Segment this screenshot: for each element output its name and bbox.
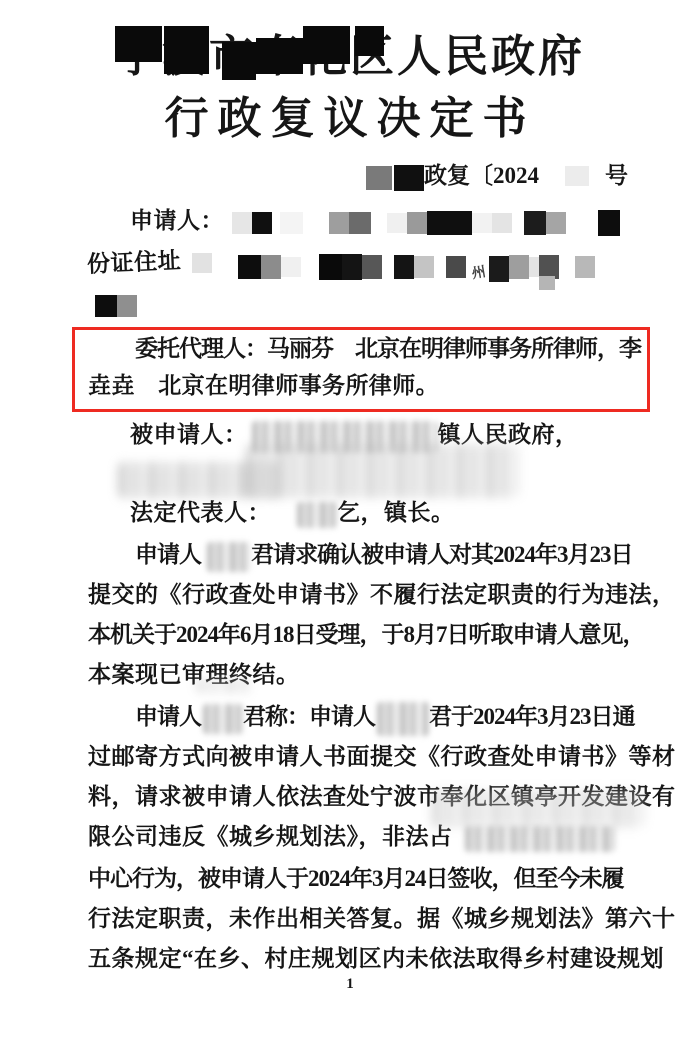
text-line: 行法定职责，未作出相关答复。据《城乡规划法》第六十 bbox=[88, 899, 646, 939]
text-run: 行政复议决定书 bbox=[165, 94, 536, 143]
redaction-block bbox=[355, 26, 384, 56]
redaction-block bbox=[489, 256, 509, 282]
redacted-character: 化 bbox=[303, 26, 350, 88]
redaction-block bbox=[115, 26, 162, 62]
redaction-block bbox=[238, 255, 261, 279]
redaction-block bbox=[598, 210, 620, 236]
redaction-block bbox=[117, 295, 137, 317]
text-run: 中心行为，被申请人于2024年3月24日签收，但至今未履 bbox=[88, 866, 624, 891]
text-run: 君请求确认被申请人对其2024年3月23日 bbox=[251, 542, 633, 567]
text-line: 本机关于2024年6月18日受理，于8月7日听取申请人意见， bbox=[88, 615, 646, 655]
redaction-blur bbox=[207, 542, 251, 572]
redacted-character: 市 bbox=[209, 26, 256, 88]
redaction-block bbox=[342, 254, 362, 280]
id-address-line: 份证住址州 bbox=[88, 244, 555, 286]
text-run: 限公司违反《城乡规划法》，非法占 bbox=[88, 824, 453, 849]
text-run: 乞，镇长。 bbox=[337, 500, 455, 525]
redaction-block bbox=[329, 212, 349, 234]
text-run: 过邮寄方式向被申请人书面提交《行政查处申请书》等材 bbox=[88, 744, 676, 769]
text-run: 五条规定“在乡、村庄规划区内未依法取得乡村建设规划 bbox=[88, 946, 664, 971]
text-line bbox=[95, 290, 137, 318]
document-page: 宁波市奉化区人民政府行政复议决定书 政复〔2024号 申请人： 份证住址州 委托… bbox=[0, 0, 700, 1045]
redaction-block bbox=[261, 255, 281, 279]
redaction-block bbox=[95, 295, 117, 317]
agent-highlight-box: 委托代理人：马丽芬 北京在明律师事务所律师，李垚垚 北京在明律师事务所律师。 bbox=[72, 327, 650, 412]
redaction-block bbox=[524, 211, 546, 235]
text-run: 君于2024年3月23日通 bbox=[429, 704, 635, 729]
redaction-block bbox=[349, 212, 371, 234]
text-run: 申请人 bbox=[135, 704, 201, 729]
redaction-block bbox=[366, 166, 392, 190]
text-run: 行法定职责，未作出相关答复。据《城乡规划法》第六十 bbox=[88, 906, 676, 931]
text-line: 政复〔2024号 bbox=[0, 156, 628, 196]
text-line: 申请人： bbox=[130, 200, 620, 242]
text-line: 中心行为，被申请人于2024年3月24日签收，但至今未履 bbox=[88, 859, 646, 899]
redaction-block bbox=[492, 213, 512, 233]
text-run: 份证住址 bbox=[86, 240, 182, 286]
legal-representative-line: 法定代表人：乞，镇长。 bbox=[130, 492, 455, 534]
applicant-line: 申请人： bbox=[130, 200, 620, 242]
text-run: 君称：申请人 bbox=[243, 704, 375, 729]
redaction-smudge bbox=[246, 444, 518, 498]
text-run: 委托代理人：马丽芬 北京在明律师事务所律师，李 bbox=[135, 336, 641, 361]
text-line: 宁波市奉化区人民政府 bbox=[0, 26, 700, 88]
text-run: 申请人： bbox=[130, 208, 224, 233]
redaction-block bbox=[387, 213, 407, 233]
paragraph-request: 申请人君请求确认被申请人对其2024年3月23日提交的《行政查处申请书》不履行法… bbox=[88, 535, 646, 695]
text-line: 五条规定“在乡、村庄规划区内未依法取得乡村建设规划 bbox=[88, 939, 646, 979]
text-line: 申请人君请求确认被申请人对其2024年3月23日 bbox=[88, 535, 646, 575]
text-line: 法定代表人：乞，镇长。 bbox=[130, 492, 455, 534]
document-title: 宁波市奉化区人民政府行政复议决定书 bbox=[0, 26, 700, 150]
redaction-block bbox=[407, 212, 427, 234]
redacted-character: 奉 bbox=[256, 26, 303, 88]
redaction-block bbox=[575, 256, 595, 278]
redaction-block bbox=[427, 211, 472, 235]
redaction-block bbox=[222, 42, 256, 80]
redaction-blur bbox=[203, 704, 243, 734]
redaction-block bbox=[414, 256, 434, 278]
text-run: 本机关于2024年6月18日受理，于8月7日听取申请人意见， bbox=[88, 622, 645, 647]
redaction-block bbox=[164, 26, 209, 74]
text-line: 份证住址州 bbox=[88, 244, 555, 286]
redacted-character: 区 bbox=[350, 26, 397, 88]
redaction-block bbox=[394, 165, 424, 191]
redaction-blur bbox=[465, 826, 615, 852]
text-line: 本案现已审理终结。 bbox=[88, 655, 646, 695]
redaction-block bbox=[319, 254, 342, 280]
redaction-stub-line bbox=[95, 290, 137, 318]
document-number: 政复〔2024号 bbox=[0, 156, 628, 196]
redaction-block bbox=[281, 257, 301, 277]
redaction-block bbox=[362, 255, 382, 279]
redaction-block bbox=[446, 256, 466, 278]
text-line: 提交的《行政查处申请书》不履行法定职责的行为违法， bbox=[88, 575, 646, 615]
text-run: 申请人 bbox=[135, 542, 201, 567]
redaction-block bbox=[252, 212, 272, 234]
text-line: 行政复议决定书 bbox=[0, 88, 700, 150]
page-number: 1 bbox=[0, 974, 700, 994]
redaction-block bbox=[280, 212, 303, 234]
text-line: 申请人君称：申请人君于2024年3月23日通 bbox=[88, 697, 646, 737]
redaction-block bbox=[565, 166, 589, 186]
text-line: 过邮寄方式向被申请人书面提交《行政查处申请书》等材 bbox=[88, 737, 646, 777]
text-run: 州 bbox=[468, 252, 490, 296]
redaction-block bbox=[256, 38, 303, 74]
text-run: 提交的《行政查处申请书》不履行法定职责的行为违法， bbox=[88, 582, 676, 607]
redaction-block bbox=[232, 212, 252, 234]
redacted-character: 宁 bbox=[115, 26, 162, 88]
redaction-blur bbox=[297, 502, 337, 528]
redaction-block bbox=[472, 213, 492, 233]
paragraph-continuation: 中心行为，被申请人于2024年3月24日签收，但至今未履行法定职责，未作出相关答… bbox=[88, 859, 646, 979]
paragraph-claim: 申请人君称：申请人君于2024年3月23日通过邮寄方式向被申请人书面提交《行政查… bbox=[88, 697, 646, 857]
redaction-block bbox=[529, 257, 539, 277]
text-run: 本案现已审理终结。 bbox=[88, 662, 300, 687]
redacted-character: 波 bbox=[162, 26, 209, 88]
text-run: 垚垚 北京在明律师事务所律师。 bbox=[88, 373, 439, 398]
text-run: 法定代表人： bbox=[130, 500, 271, 525]
redaction-blur bbox=[377, 702, 429, 736]
text-run: 政复〔2024 bbox=[424, 163, 539, 188]
redaction-block bbox=[509, 255, 529, 279]
redaction-block bbox=[394, 255, 414, 279]
text-line: 委托代理人：马丽芬 北京在明律师事务所律师，李 bbox=[88, 330, 634, 367]
text-run: 人民政府 bbox=[397, 32, 585, 81]
redaction-block bbox=[546, 212, 566, 234]
text-line: 垚垚 北京在明律师事务所律师。 bbox=[88, 367, 634, 404]
redaction-smudge bbox=[432, 790, 644, 828]
redaction-block bbox=[192, 253, 212, 273]
redaction-block bbox=[303, 26, 350, 64]
text-run: 被申请人： bbox=[130, 422, 248, 447]
redaction-smudge bbox=[196, 678, 252, 693]
redaction-block bbox=[539, 276, 555, 290]
text-run: 号 bbox=[605, 163, 628, 188]
